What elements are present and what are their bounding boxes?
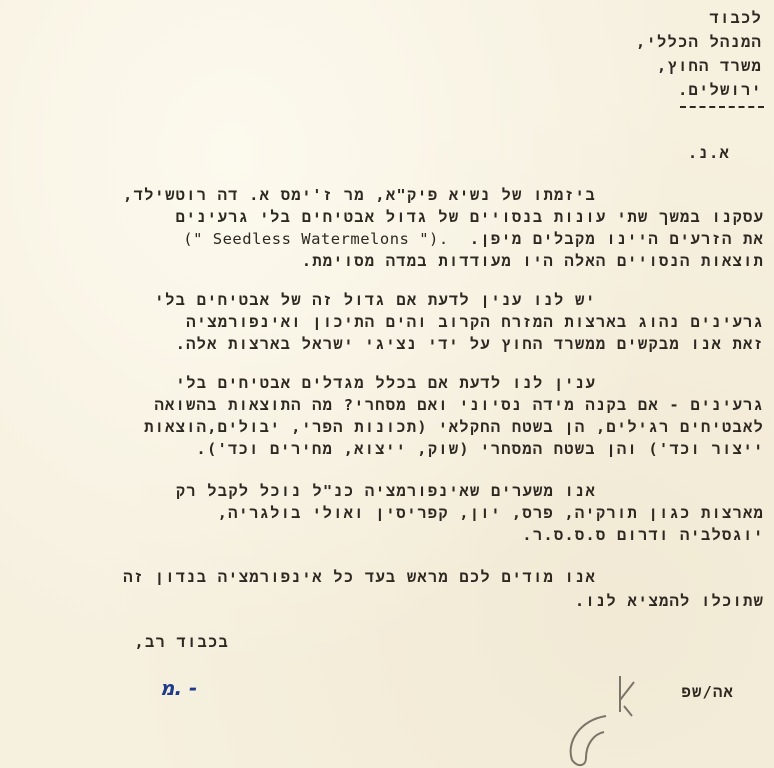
handwritten-mark: מ. - [160,676,197,700]
body-line: ביזמתו של נשיא פיק"א, מר ז'ימס א. דה רוט… [123,185,596,205]
body-line: ענין לנו לדעת אם בכלל מגדלים אבטיחים בלי [176,373,596,393]
body-line: מארצות כגון תורקיה, פרס, יון, קפריסין וא… [218,503,764,523]
address-line: המנהל הכללי, [636,32,762,52]
body-line: את הזרעים היינו מקבלים מיפן. (" Seedless… [183,229,764,249]
body-line: גרעינים - אם בקנה מידה נסיוני ואם מסחרי?… [155,395,764,415]
closing: בכבוד רב, [134,632,229,652]
address-line: לכבוד [709,8,762,28]
underline-rule [680,106,764,108]
body-line: אנו מודים לכם מראש בעד כל אינפורמציה בנד… [123,567,596,587]
body-line: יוגסלביה ודרום ס.ס.ס.ר. [522,525,764,545]
body-line: ייצור וכד') והן בשטח המסחרי (שוק, ייצוא,… [196,439,764,459]
body-line: תוצאות הנסויים האלה היו מעודדות במדה מסו… [302,251,764,271]
address-line: משרד החוץ, [657,56,762,76]
address-line: ירושלים. [678,80,762,100]
salutation: א.נ. [688,143,730,163]
body-line: יש לנו ענין לדעת אם גדול זה של אבטיחים ב… [155,290,596,310]
typist-initials: אה/שפ [681,682,734,702]
body-line: זאת אנו מבקשים ממשרד החוץ על ידי נציגי י… [176,334,764,354]
body-line: שתוכלו להמציא לנו. [575,591,764,611]
body-line: לאבטיחים רגילים, הן בשטח החקלאי (תכונות … [144,417,764,437]
body-line: עסקנו במשך שתי עונות בנסויים של גדול אבט… [176,207,764,227]
pencil-scribble-icon [560,672,640,768]
body-line: גרעינים נהוג בארצות המזרח הקרוב והים התי… [186,312,764,332]
body-line: אנו משערים שאינפורמציה כנ"ל נוכל לקבל רק [176,481,596,501]
